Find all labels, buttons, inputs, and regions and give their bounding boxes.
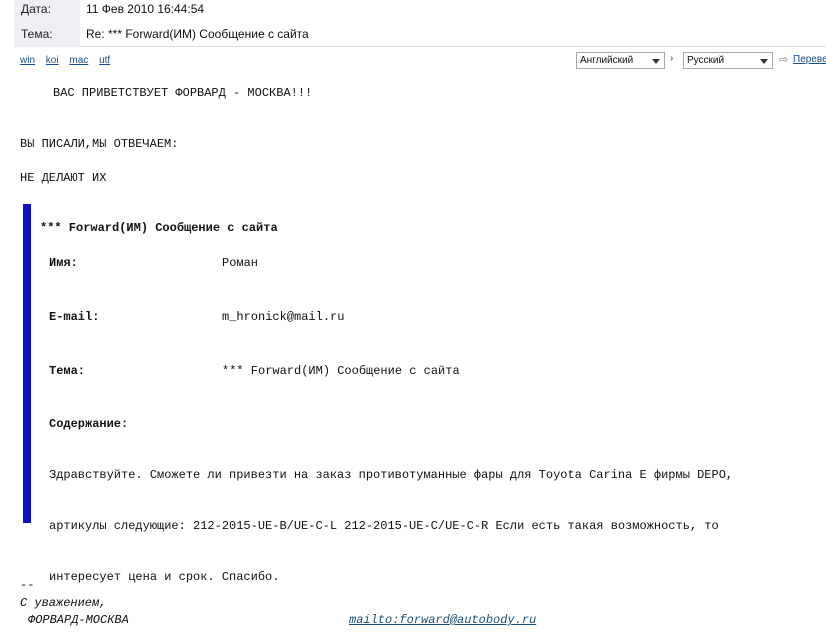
email-label: E-mail: — [49, 310, 99, 324]
chevron-down-icon — [760, 59, 768, 64]
encoding-koi-link[interactable]: koi — [46, 55, 59, 66]
signature-separator: -- — [20, 578, 34, 592]
email-value: m_hronick@mail.ru — [222, 310, 344, 324]
chevron-right-icon: › — [670, 53, 673, 64]
chevron-down-icon — [652, 59, 660, 64]
source-language-value: Английский — [580, 55, 633, 66]
encoding-links: win koi mac utf — [20, 55, 118, 66]
encoding-mac-link[interactable]: mac — [69, 55, 88, 66]
greeting-text: ВАС ПРИВЕТСТВУЕТ ФОРВАРД - МОСКВА!!! — [53, 86, 312, 100]
topic-value: *** Forward(ИМ) Сообщение с сайта — [222, 364, 460, 378]
date-value: 11 Фев 2010 16:44:54 — [86, 0, 204, 19]
date-label: Дата: — [14, 0, 80, 23]
encoding-win-link[interactable]: win — [20, 55, 35, 66]
source-language-select[interactable]: Английский — [576, 52, 665, 69]
name-label: Имя: — [49, 256, 78, 270]
encoding-utf-link[interactable]: utf — [99, 55, 110, 66]
name-value: Роман — [222, 256, 258, 270]
content-line: Здравствуйте. Сможете ли привезти на зак… — [49, 467, 733, 484]
content-label: Содержание: — [49, 417, 128, 431]
translate-link[interactable]: Переве — [793, 54, 826, 65]
topic-label: Тема: — [49, 364, 85, 378]
content-body: Здравствуйте. Сможете ли привезти на зак… — [49, 433, 733, 603]
content-line: интересует цена и срок. Спасибо. — [49, 569, 733, 586]
subject-value: Re: *** Forward(ИМ) Сообщение с сайта — [86, 23, 309, 45]
quote-bar — [23, 204, 31, 523]
subject-label: Тема: — [14, 23, 80, 47]
target-language-select[interactable]: Русский — [683, 52, 773, 69]
signature-mailto-link[interactable]: mailto:forward@autobody.ru — [349, 613, 536, 627]
header-subject-row: Тема: Re: *** Forward(ИМ) Сообщение с са… — [14, 23, 826, 46]
signature-company: ФОРВАРД-МОСКВА — [28, 613, 129, 627]
header-date-row: Дата: 11 Фев 2010 16:44:54 — [14, 0, 826, 23]
quote-title: *** Forward(ИМ) Сообщение с сайта — [40, 221, 278, 235]
signature-regards: С уважением, — [20, 596, 106, 610]
message-header: Дата: 11 Фев 2010 16:44:54 Тема: Re: ***… — [14, 0, 826, 47]
wrote-text: ВЫ ПИСАЛИ,МЫ ОТВЕЧАЕМ: — [20, 137, 178, 151]
answer-text: НЕ ДЕЛАЮТ ИХ — [20, 171, 106, 185]
content-line: артикулы следующие: 212-2015-UE-B/UE-C-L… — [49, 518, 733, 535]
arrow-right-icon[interactable]: ⇨ — [779, 53, 788, 66]
target-language-value: Русский — [687, 55, 724, 66]
